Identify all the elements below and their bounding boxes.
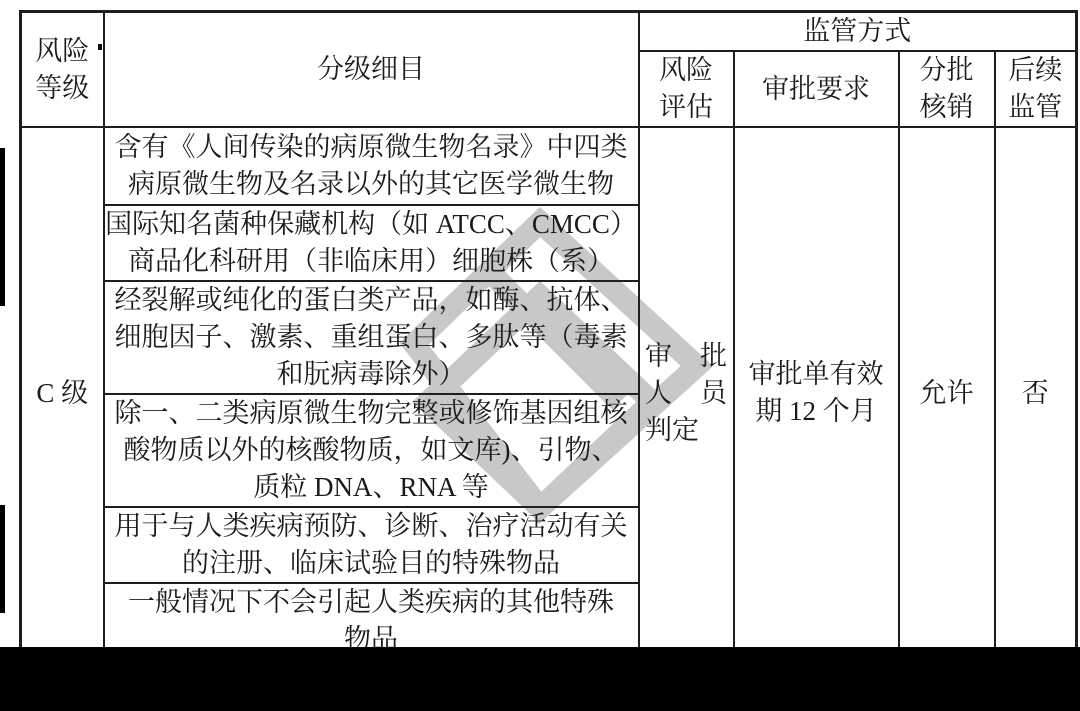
header-followup-supervision: 后续 监管 <box>995 51 1077 127</box>
cell-detail-2: 国际知名菌种保藏机构（如 ATCC、CMCC） 商品化科研用（非临床用）细胞株（… <box>104 205 639 281</box>
cell-approval-requirement: 审批单有效 期 12 个月 <box>734 127 899 660</box>
risk-assessment-text: 审 批 人 员 判定 <box>645 338 727 449</box>
table-row: C 级 含有《人间传染的病原微生物名录》中四类 病原微生物及名录以外的其它医学微… <box>21 127 1077 205</box>
cell-followup-supervision: 否 <box>995 127 1077 660</box>
cell-detail-1: 含有《人间传染的病原微生物名录》中四类 病原微生物及名录以外的其它医学微生物 <box>104 127 639 205</box>
cell-risk-level-c: C 级 <box>21 127 104 660</box>
risk-grading-table: 风险 等级 分级细目 监管方式 风险 评估 审批要求 分批 核销 后续 监管 C… <box>19 10 1078 662</box>
header-approval-requirement: 审批要求 <box>734 51 899 127</box>
header-classification-detail: 分级细目 <box>104 12 639 128</box>
scanned-page: 风险 等级 分级细目 监管方式 风险 评估 审批要求 分批 核销 后续 监管 C… <box>0 0 1080 711</box>
cell-detail-4: 除一、二类病原微生物完整或修饰基因组核 酸物质以外的核酸物质，如文库)、引物、 … <box>104 394 639 507</box>
cell-detail-5: 用于与人类疾病预防、诊断、治疗活动有关 的注册、临床试验目的特殊物品 <box>104 507 639 583</box>
scan-speck <box>98 44 102 50</box>
scan-artifact-left-bar-bottom <box>0 505 5 613</box>
cell-risk-assessment: 审 批 人 员 判定 <box>639 127 734 660</box>
cell-batch-writeoff: 允许 <box>899 127 995 660</box>
header-risk-assessment: 风险 评估 <box>639 51 734 127</box>
cell-detail-3: 经裂解或纯化的蛋白类产品，如酶、抗体、 细胞因子、激素、重组蛋白、多肽等（毒素 … <box>104 281 639 394</box>
header-risk-level: 风险 等级 <box>21 12 104 128</box>
header-row-1: 风险 等级 分级细目 监管方式 <box>21 12 1077 52</box>
header-supervision-method: 监管方式 <box>639 12 1077 52</box>
scan-artifact-left-bar-top <box>0 148 5 306</box>
header-batch-writeoff: 分批 核销 <box>899 51 995 127</box>
scan-artifact-bottom-bar <box>0 647 1080 711</box>
